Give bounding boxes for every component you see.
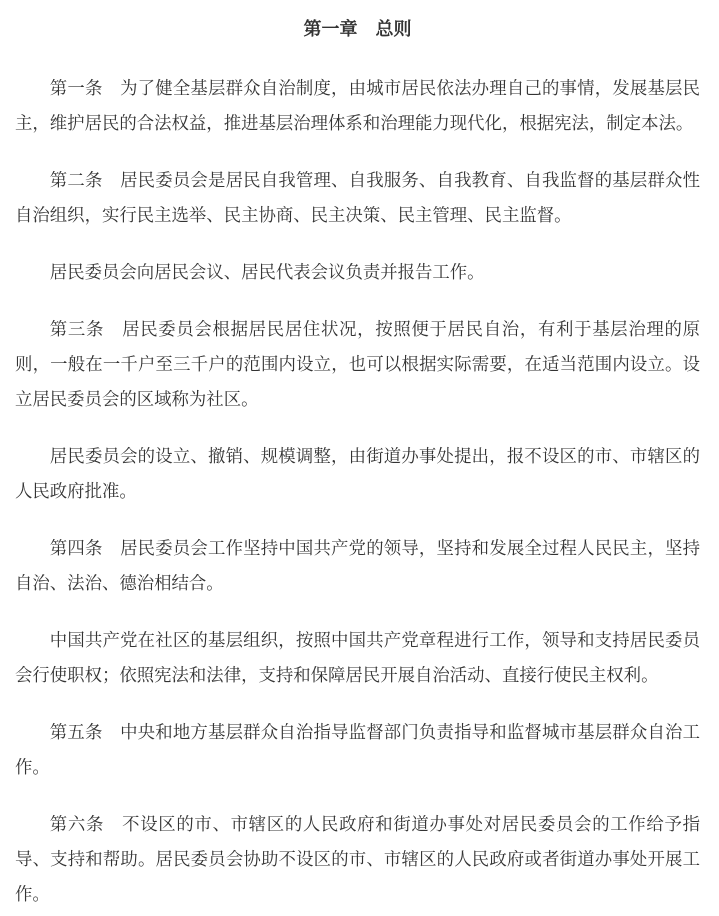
article-6-paragraph: 第六条 不设区的市、市辖区的人民政府和街道办事处对居民委员会的工作给予指导、支持… bbox=[15, 807, 700, 912]
article-3-paragraph-1: 第三条 居民委员会根据居民居住状况，按照便于居民自治，有利于基层治理的原则，一般… bbox=[15, 312, 700, 417]
article-4-paragraph-1: 第四条 居民委员会工作坚持中国共产党的领导，坚持和发展全过程人民民主，坚持自治、… bbox=[15, 531, 700, 601]
legal-document: 第一章 总则 第一条 为了健全基层群众自治制度，由城市居民依法办理自己的事情，发… bbox=[0, 0, 719, 916]
article-3-paragraph-2: 居民委员会的设立、撤销、规模调整，由街道办事处提出，报不设区的市、市辖区的人民政… bbox=[15, 439, 700, 509]
document-page: { "page": { "background_color": "#ffffff… bbox=[0, 0, 719, 916]
chapter-title: 第一章 总则 bbox=[15, 12, 700, 47]
article-4-paragraph-2: 中国共产党在社区的基层组织，按照中国共产党章程进行工作，领导和支持居民委员会行使… bbox=[15, 623, 700, 693]
article-2-paragraph-2: 居民委员会向居民会议、居民代表会议负责并报告工作。 bbox=[15, 255, 700, 290]
article-1-paragraph: 第一条 为了健全基层群众自治制度，由城市居民依法办理自己的事情，发展基层民主，维… bbox=[15, 71, 700, 141]
article-5-paragraph: 第五条 中央和地方基层群众自治指导监督部门负责指导和监督城市基层群众自治工作。 bbox=[15, 715, 700, 785]
article-2-paragraph-1: 第二条 居民委员会是居民自我管理、自我服务、自我教育、自我监督的基层群众性自治组… bbox=[15, 163, 700, 233]
